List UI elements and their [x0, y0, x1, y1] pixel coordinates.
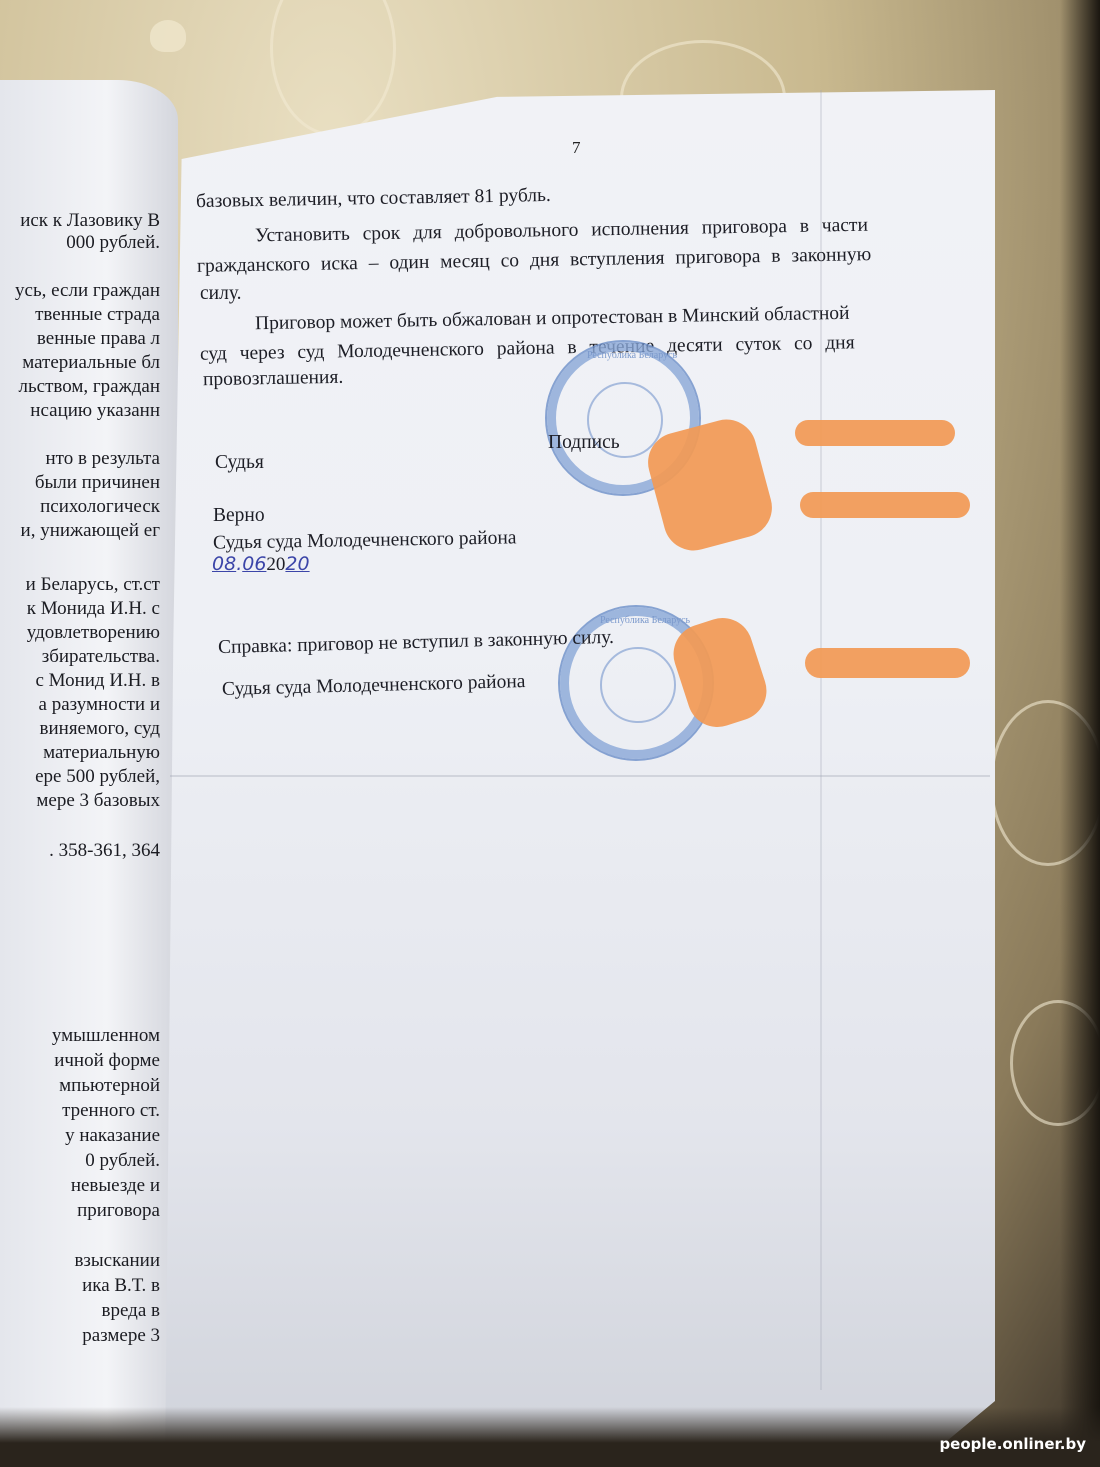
left-page-line: усь, если граждан — [15, 280, 160, 302]
left-page-line: к Монида И.Н. с — [27, 598, 160, 620]
left-page-line: ере 500 рублей, — [35, 766, 160, 788]
left-page-line: и, унижающей ег — [21, 520, 160, 542]
verified-label: Верно — [213, 505, 265, 527]
signature-label: Подпись — [548, 432, 620, 454]
fold-line — [170, 775, 990, 777]
fold-line — [820, 90, 822, 1390]
left-page-line: вреда в — [102, 1300, 160, 1322]
bottom-shadow — [0, 1407, 1100, 1467]
left-page-line: льством, граждан — [18, 376, 160, 398]
left-page-line: психологическ — [40, 496, 160, 518]
coat-of-arms-icon — [600, 647, 676, 723]
watermark: people.onliner.by — [939, 1435, 1086, 1453]
stamp-text: Республика Беларусь — [600, 615, 690, 626]
handwritten-date: 08.062020 — [212, 553, 310, 576]
ring-pattern — [270, 0, 396, 136]
left-page-line: твенные страда — [35, 304, 160, 326]
left-page-line: умышленном — [52, 1025, 160, 1047]
left-page-line: венные права л — [37, 328, 160, 350]
left-page-line: ика В.Т. в — [82, 1275, 160, 1297]
left-page-line: и Беларусь, ст.ст — [26, 574, 160, 596]
left-page-line: а разумности и — [39, 694, 160, 716]
left-page-line: збирательства. — [42, 646, 160, 668]
dark-edge — [1060, 0, 1100, 1467]
left-page-line: ичной форме — [54, 1050, 160, 1072]
left-page-line: 000 рублей. — [66, 232, 160, 254]
left-page-line: приговора — [77, 1200, 160, 1222]
redaction-mark — [800, 492, 970, 518]
left-page-line: материальные бл — [22, 352, 160, 374]
date-year-suffix: 20 — [285, 553, 309, 575]
date-year-prefix: 20 — [266, 554, 285, 575]
left-page-line: материальную — [43, 742, 160, 764]
heart-pattern-icon — [150, 20, 186, 52]
left-page-line: нто в результа — [45, 448, 160, 470]
paragraph-line: провозглашения. — [203, 367, 344, 391]
left-page-line: иск к Лазовику В — [20, 210, 160, 232]
left-page-line: тренного ст. — [62, 1100, 160, 1122]
left-page-line: мпьютерной — [59, 1075, 160, 1097]
left-booklet-page: иск к Лазовику В000 рублей.усь, если гра… — [0, 80, 178, 1467]
left-page-line: мере 3 базовых — [36, 790, 160, 812]
left-page-line: с Монид И.Н. в — [35, 670, 160, 692]
left-page-line: взыскании — [74, 1250, 160, 1272]
redaction-mark — [805, 648, 970, 678]
date-day: 08 — [212, 553, 236, 575]
page-number: 7 — [572, 138, 581, 158]
left-page-line: нсацию указанн — [30, 400, 160, 422]
date-month: 06 — [242, 553, 266, 575]
document-sheet — [165, 90, 995, 1467]
left-page-line: удовлетворению — [27, 622, 160, 644]
left-page-line: размере 3 — [82, 1325, 160, 1347]
left-page-line: виняемого, суд — [40, 718, 160, 740]
left-page-line: 0 рублей. — [85, 1150, 160, 1172]
left-page-line: невыезде и — [71, 1175, 160, 1197]
judge-label: Судья — [215, 452, 264, 474]
left-page-line: были причинен — [35, 472, 160, 494]
left-page-line: . 358-361, 364 — [49, 840, 160, 862]
paragraph-line: силу. — [200, 283, 242, 305]
stamp-text: Республика Беларусь — [587, 350, 677, 361]
redaction-mark — [795, 420, 955, 446]
left-page-line: у наказание — [65, 1125, 160, 1147]
